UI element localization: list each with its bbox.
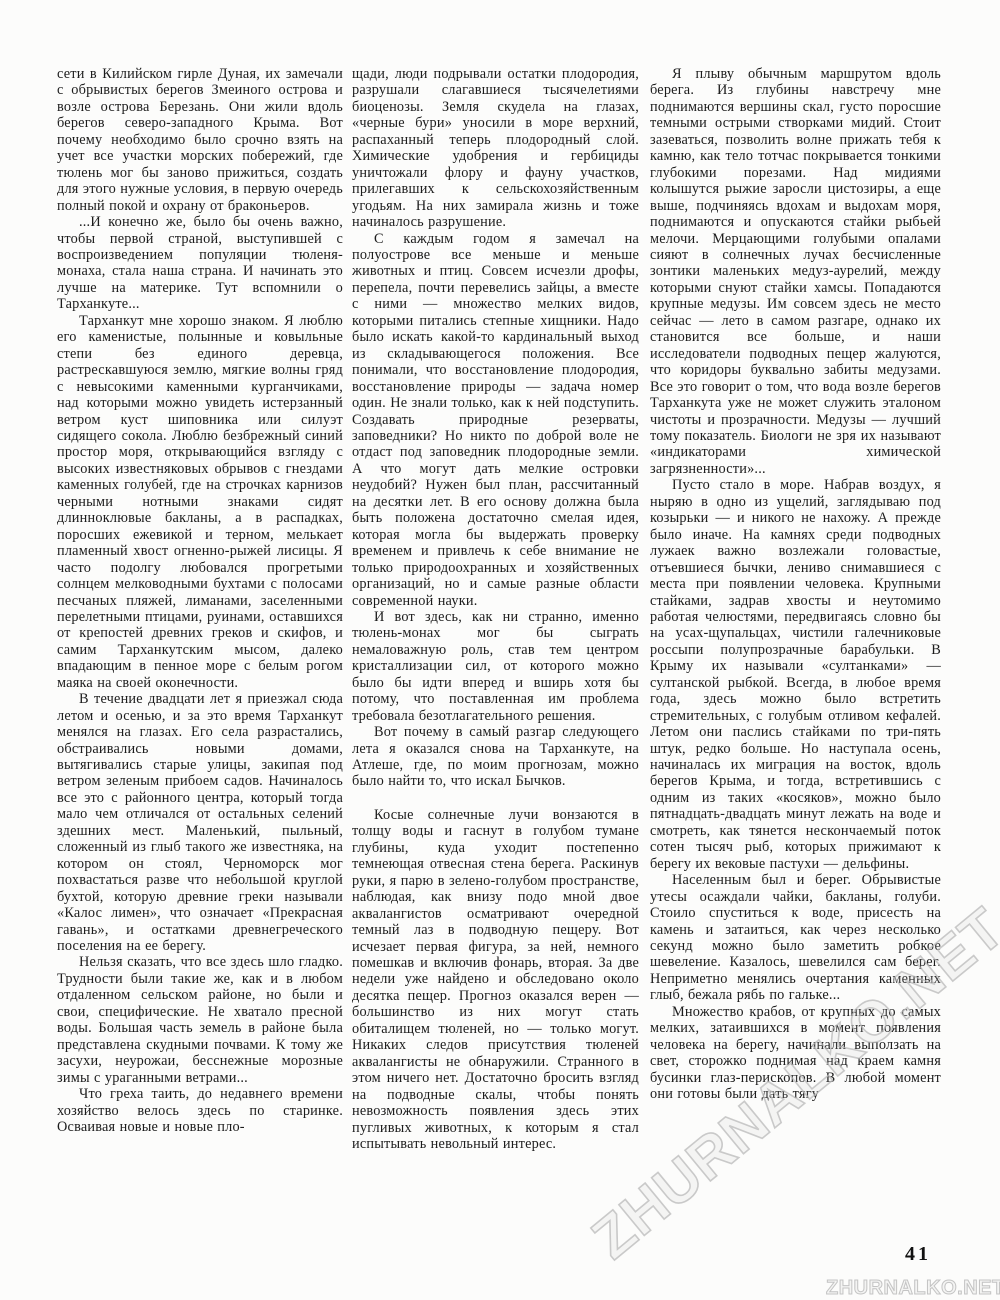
text-column-1: сети в Килийском гирле Дуная, их замечал… bbox=[57, 66, 343, 1135]
paragraph: щади, люди подрывали остатки плодородия,… bbox=[352, 66, 639, 231]
paragraph: С каждым годом я замечал на полуострове … bbox=[352, 231, 639, 609]
paragraph: Что греха таить, до недавнего времени хо… bbox=[57, 1086, 343, 1135]
paragraph: Населенным был и берег. Обрывистые утесы… bbox=[650, 872, 941, 1004]
text-column-3: Я плыву обычным маршрутом вдоль берега. … bbox=[650, 66, 941, 1103]
paragraph: И вот здесь, как ни странно, именно тюле… bbox=[352, 609, 639, 724]
paragraph: Вот почему в самый разгар следующего лет… bbox=[352, 724, 639, 790]
paragraph: Пусто стало в море. Набрав воздух, я ныр… bbox=[650, 477, 941, 872]
paragraph: Косые солнечные лучи вонзаются в толщу в… bbox=[352, 807, 639, 1153]
magazine-page: сети в Килийском гирле Дуная, их замечал… bbox=[0, 0, 1000, 1300]
paragraph: сети в Килийском гирле Дуная, их замечал… bbox=[57, 66, 343, 214]
paragraph: Множество крабов, от крупных до самых ме… bbox=[650, 1004, 941, 1103]
watermark-bottom: ZHURNALKO.NET bbox=[826, 1277, 1000, 1300]
paragraph: Тарханкут мне хорошо знаком. Я люблю его… bbox=[57, 313, 343, 691]
page-number: 41 bbox=[905, 1243, 931, 1266]
paragraph: Я плыву обычным маршрутом вдоль берега. … bbox=[650, 66, 941, 477]
paragraph: Нельзя сказать, что все здесь шло гладко… bbox=[57, 954, 343, 1086]
paragraph: В течение двадцати лет я приезжал сюда л… bbox=[57, 691, 343, 954]
text-column-2: щади, люди подрывали остатки плодородия,… bbox=[352, 66, 639, 1152]
paragraph: ...И конечно же, было бы очень важно, чт… bbox=[57, 214, 343, 313]
